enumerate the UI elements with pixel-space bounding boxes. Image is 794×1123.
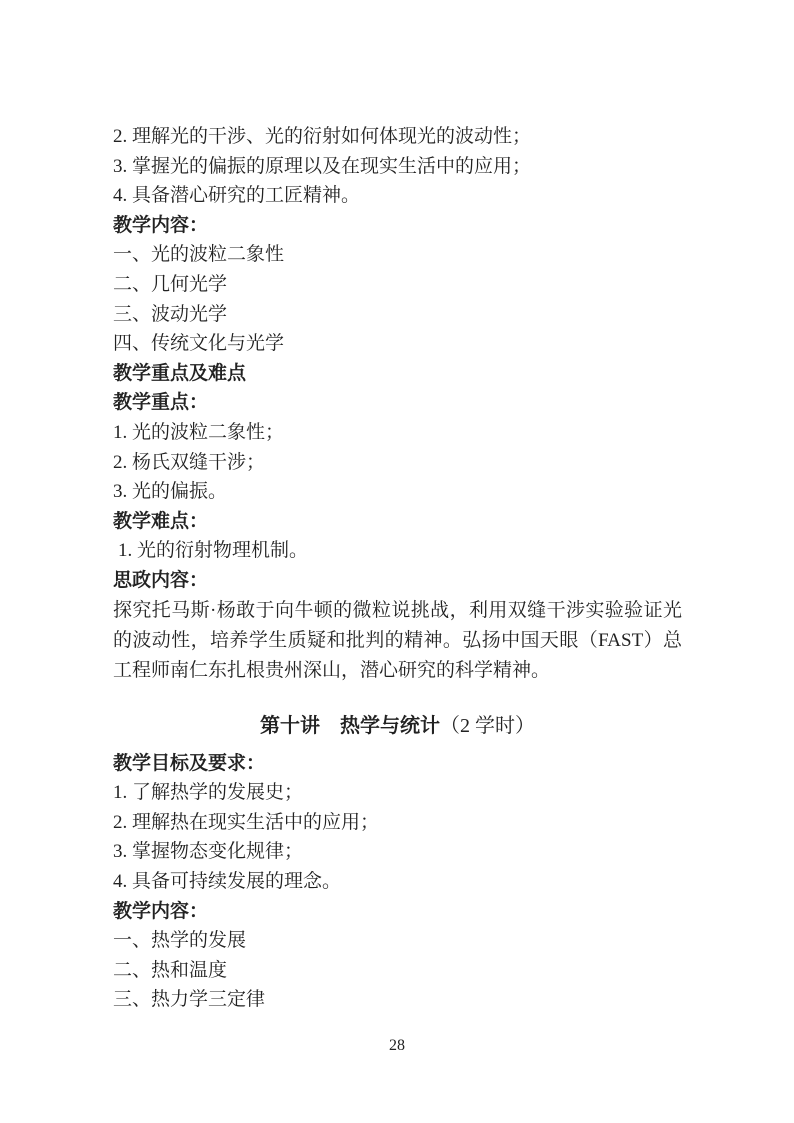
- document-line: 1. 光的衍射物理机制。: [113, 536, 682, 566]
- document-line: 教学内容：: [113, 897, 682, 927]
- document-line: 思政内容：: [113, 566, 682, 596]
- document-line: 一、热学的发展: [113, 926, 682, 956]
- document-page: 2. 理解光的干涉、光的衍射如何体现光的波动性；3. 掌握光的偏振的原理以及在现…: [0, 0, 794, 1123]
- text-run: 第十讲 热学与统计: [260, 715, 440, 737]
- document-line: 教学内容：: [113, 211, 682, 241]
- document-line: 教学重点及难点: [113, 359, 682, 389]
- document-line: 2. 杨氏双缝干涉；: [113, 448, 682, 478]
- document-line: 教学目标及要求：: [113, 749, 682, 779]
- document-line: 二、热和温度: [113, 956, 682, 986]
- document-line: 3. 掌握物态变化规律；: [113, 837, 682, 867]
- document-line: 教学重点：: [113, 388, 682, 418]
- document-line: 4. 具备可持续发展的理念。: [113, 867, 682, 897]
- document-line: 第十讲 热学与统计（2 学时）: [113, 712, 682, 742]
- text-run: （2 学时）: [440, 715, 535, 737]
- document-line: 探究托马斯·杨敢于向牛顿的微粒说挑战，利用双缝干涉实验验证光的波动性，培养学生质…: [113, 596, 682, 687]
- document-line: 二、几何光学: [113, 270, 682, 300]
- document-content: 2. 理解光的干涉、光的衍射如何体现光的波动性；3. 掌握光的偏振的原理以及在现…: [113, 122, 682, 1015]
- document-line: 四、传统文化与光学: [113, 329, 682, 359]
- document-line: 2. 理解光的干涉、光的衍射如何体现光的波动性；: [113, 122, 682, 152]
- document-line: 2. 理解热在现实生活中的应用；: [113, 808, 682, 838]
- document-line: 1. 了解热学的发展史；: [113, 778, 682, 808]
- document-line: 3. 光的偏振。: [113, 477, 682, 507]
- document-line: 1. 光的波粒二象性；: [113, 418, 682, 448]
- document-line: 4. 具备潜心研究的工匠精神。: [113, 181, 682, 211]
- document-line: 三、波动光学: [113, 300, 682, 330]
- document-line: 教学难点：: [113, 507, 682, 537]
- document-line: 3. 掌握光的偏振的原理以及在现实生活中的应用；: [113, 152, 682, 182]
- page-number: 28: [0, 1037, 794, 1055]
- document-line: 一、光的波粒二象性: [113, 240, 682, 270]
- document-line: 三、热力学三定律: [113, 985, 682, 1015]
